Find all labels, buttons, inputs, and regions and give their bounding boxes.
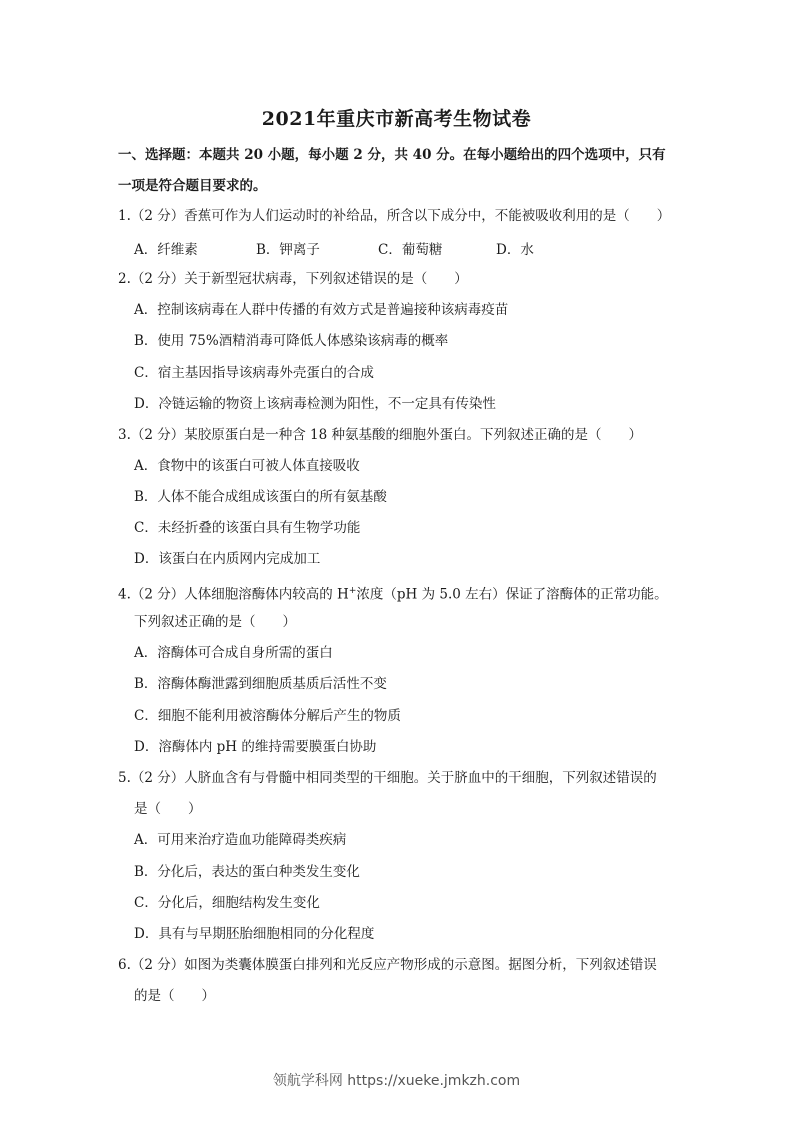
question-stem: 4.（2 分）人体细胞溶酶体内较高的 H+浓度（pH 为 5.0 左右）保证了溶… xyxy=(118,581,668,605)
option-d: D．水 xyxy=(496,238,534,258)
option-a: A．食物中的该蛋白可被人体直接吸收 xyxy=(134,456,360,476)
question-stem-cont: 下列叙述正确的是（ ） xyxy=(134,612,296,632)
option-b: B．溶酶体酶泄露到细胞质基质后活性不变 xyxy=(134,674,387,694)
option-d: D．溶酶体内 pH 的维持需要膜蛋白协助 xyxy=(134,737,376,757)
option-d: D．具有与早期胚胎细胞相同的分化程度 xyxy=(134,924,374,944)
section-header-line2: 一项是符合题目要求的。 xyxy=(118,171,688,202)
option-a: A．纤维素 xyxy=(134,238,198,258)
footer-watermark: 领航学科网 https://xueke.jmkzh.com xyxy=(0,1070,793,1090)
question-stem-cont: 是（ ） xyxy=(134,799,202,819)
question-stem-cont: 的是（ ） xyxy=(134,986,215,1006)
stem-part2: 浓度（pH 为 5.0 左右）保证了溶酶体的正常功能。 xyxy=(356,587,667,603)
question-stem: 1.（2 分）香蕉可作为人们运动时的补给品，所含以下成分中，不能被吸收利用的是（… xyxy=(118,206,670,226)
question-stem: 5.（2 分）人脐血含有与骨髓中相同类型的干细胞。关于脐血中的干细胞，下列叙述错… xyxy=(118,768,657,788)
option-d: D．该蛋白在内质网内完成加工 xyxy=(134,549,320,569)
stem-part1: 4.（2 分）人体细胞溶酶体内较高的 H xyxy=(118,587,349,603)
option-b: B．使用 75%酒精消毒可降低人体感染该病毒的概率 xyxy=(134,331,448,351)
option-c: C．未经折叠的该蛋白具有生物学功能 xyxy=(134,518,360,538)
option-a: A．控制该病毒在人群中传播的有效方式是普遍接种该病毒疫苗 xyxy=(134,300,508,320)
section-header-line1: 一、选择题：本题共 20 小题，每小题 2 分，共 40 分。在每小题给出的四个… xyxy=(118,140,688,171)
question-stem: 3.（2 分）某胶原蛋白是一种含 18 种氨基酸的细胞外蛋白。下列叙述正确的是（… xyxy=(118,425,642,445)
option-a: A．溶酶体可合成自身所需的蛋白 xyxy=(134,643,333,663)
option-b: B．分化后，表达的蛋白种类发生变化 xyxy=(134,862,360,882)
question-stem: 6.（2 分）如图为类囊体膜蛋白排列和光反应产物形成的示意图。据图分析，下列叙述… xyxy=(118,955,657,975)
page-title: 2021年重庆市新高考生物试卷 xyxy=(0,104,793,131)
option-b: B．人体不能合成组成该蛋白的所有氨基酸 xyxy=(134,487,387,507)
option-c: C．葡萄糖 xyxy=(378,238,442,258)
question-stem: 2.（2 分）关于新型冠状病毒，下列叙述错误的是（ ） xyxy=(118,269,468,289)
option-c: C．宿主基因指导该病毒外壳蛋白的合成 xyxy=(134,363,374,383)
option-a: A．可用来治疗造血功能障碍类疾病 xyxy=(134,830,346,850)
option-c: C．分化后，细胞结构发生变化 xyxy=(134,893,320,913)
option-b: B．钾离子 xyxy=(256,238,320,258)
option-d: D．冷链运输的物资上该病毒检测为阳性，不一定具有传染性 xyxy=(134,394,496,414)
option-c: C．细胞不能利用被溶酶体分解后产生的物质 xyxy=(134,706,401,726)
